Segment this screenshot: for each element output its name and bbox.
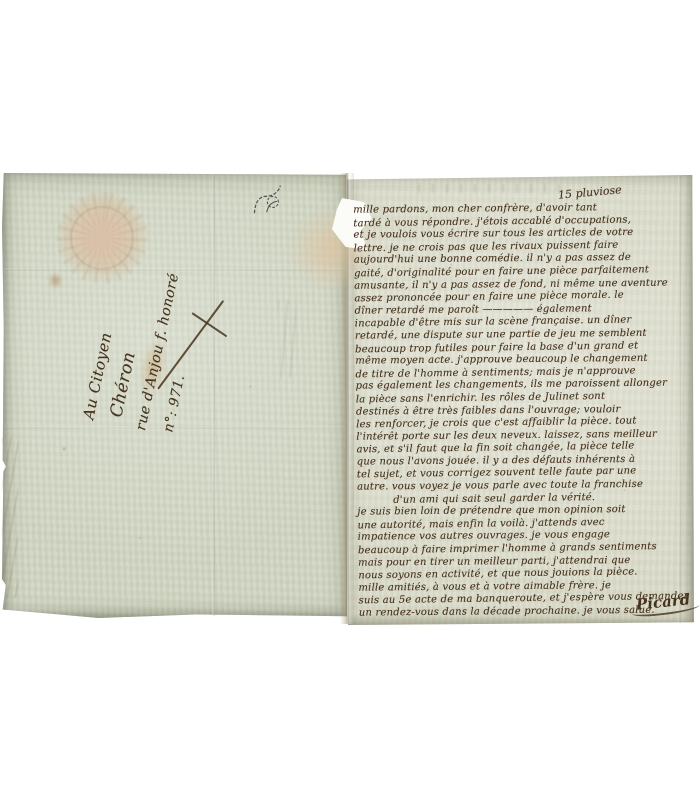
ink-showthrough bbox=[278, 300, 296, 378]
letter-photograph: Au CitoyenChéronrue d'Anjou f. honorén°:… bbox=[0, 0, 700, 800]
letter-body: mille pardons, mon cher confrère, d'avoi… bbox=[353, 201, 697, 621]
letter-line: destinés à être très faibles dans l'ouvr… bbox=[356, 403, 694, 419]
letter-line: mais pour en tirer un meilleur parti, j'… bbox=[358, 554, 696, 570]
letter-line: amusante, il n'y a pas assez de fond, ni… bbox=[354, 277, 692, 293]
letter-sheet: Au CitoyenChéronrue d'Anjou f. honorén°:… bbox=[2, 172, 694, 625]
ink-showthrough bbox=[2, 438, 18, 598]
ink-smudge bbox=[418, 184, 560, 193]
stain bbox=[48, 272, 63, 289]
